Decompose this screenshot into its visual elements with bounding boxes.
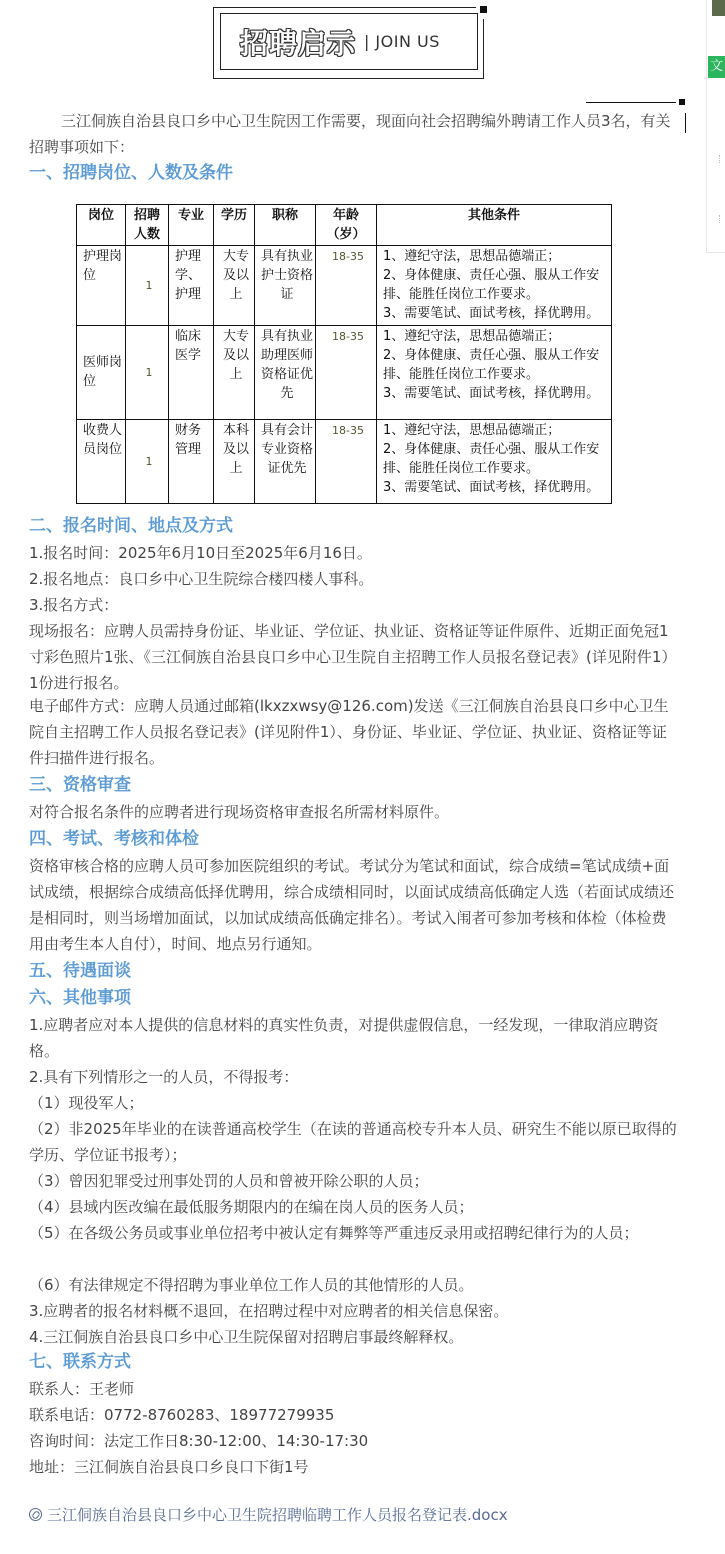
contact-phone: 联系电话：0772-8760283、18977279935 bbox=[29, 1402, 677, 1428]
header-post: 岗位 bbox=[77, 205, 126, 246]
cell-count: 1 bbox=[126, 246, 169, 326]
cell-post: 医师岗位 bbox=[77, 326, 126, 420]
cell-major: 护理学、护理 bbox=[169, 246, 214, 326]
consult-hours: 咨询时间：法定工作日8:30-12:00、14:30-17:30 bbox=[29, 1428, 677, 1454]
contact-address: 地址：三江侗族自治县良口乡良口下街1号 bbox=[29, 1454, 677, 1480]
condition-line: 3、需要笔试、面试考核，择优聘用。 bbox=[383, 304, 609, 323]
banner-subtitle: JOIN US bbox=[375, 32, 439, 51]
table-row: 医师岗位 1 临床医学 大专及以上 具有执业助理医师资格证优先 18-35 1、… bbox=[77, 326, 612, 420]
restriction-1: （1）现役军人； bbox=[29, 1090, 677, 1116]
section-title-4: 四、考试、考核和体检 bbox=[29, 827, 199, 851]
cell-post: 收费人员岗位 bbox=[77, 420, 126, 504]
cell-title: 具有执业护士资格证 bbox=[255, 246, 316, 326]
restriction-6: （6）有法律规定不得招聘为事业单位工作人员的其他情形的人员。 bbox=[29, 1272, 677, 1298]
cell-education: 大专及以上 bbox=[214, 326, 255, 420]
section-title-3: 三、资格审查 bbox=[29, 773, 131, 797]
header-major: 专业 bbox=[169, 205, 214, 246]
attachment-label[interactable]: 三江侗族自治县良口乡中心卫生院招聘临聘工作人员报名登记表.docx bbox=[47, 1506, 508, 1524]
other-item-1: 1.应聘者应对本人提供的信息材料的真实性负责，对提供虚假信息，一经发现，一律取消… bbox=[29, 1012, 677, 1064]
condition-line: 2、身体健康、责任心强、服从工作安排、能胜任岗位工作要求。 bbox=[383, 440, 609, 478]
header-count: 招聘人数 bbox=[126, 205, 169, 246]
cell-post: 护理岗位 bbox=[77, 246, 126, 326]
header-title: 职称 bbox=[255, 205, 316, 246]
cell-conditions: 1、遵纪守法，思想品德端正； 2、身体健康、责任心强、服从工作安排、能胜任岗位工… bbox=[377, 420, 612, 504]
cell-major: 财务管理 bbox=[169, 420, 214, 504]
decor-square bbox=[679, 99, 685, 105]
link-icon bbox=[29, 1508, 42, 1521]
cell-conditions: 1、遵纪守法，思想品德端正； 2、身体健康、责任心强、服从工作安排、能胜任岗位工… bbox=[377, 326, 612, 420]
cell-conditions: 1、遵纪守法，思想品德端正； 2、身体健康、责任心强、服从工作安排、能胜任岗位工… bbox=[377, 246, 612, 326]
side-panel: 文 bbox=[706, 0, 725, 253]
cell-education: 本科及以上 bbox=[214, 420, 255, 504]
side-tab-text[interactable]: 文 bbox=[708, 56, 725, 78]
condition-line: 1、遵纪守法，思想品德端正； bbox=[383, 247, 609, 266]
header-education: 学历 bbox=[214, 205, 255, 246]
cell-major: 临床医学 bbox=[169, 326, 214, 420]
condition-line: 3、需要笔试、面试考核，择优聘用。 bbox=[383, 384, 609, 403]
restriction-4: （4）县域内医改编在最低服务期限内的在编在岗人员的医务人员； bbox=[29, 1194, 677, 1220]
banner-separator: | bbox=[364, 32, 369, 51]
side-thumbnail[interactable] bbox=[712, 0, 725, 16]
restriction-2: （2）非2025年毕业的在读普通高校学生（在读的普通高校专升本人员、研究生不能以… bbox=[29, 1116, 677, 1168]
table-header-row: 岗位 招聘人数 专业 学历 职称 年龄（岁） 其他条件 bbox=[77, 205, 612, 246]
banner-corner-square bbox=[480, 6, 487, 13]
condition-line: 1、遵纪守法，思想品德端正； bbox=[383, 421, 609, 440]
condition-line: 3、需要笔试、面试考核，择优聘用。 bbox=[383, 478, 609, 497]
section-title-7: 七、联系方式 bbox=[29, 1350, 131, 1374]
cell-age: 18-35 bbox=[316, 420, 377, 504]
table-row: 收费人员岗位 1 财务管理 本科及以上 具有会计专业资格证优先 18-35 1、… bbox=[77, 420, 612, 504]
exam-text: 资格审核合格的应聘人员可参加医院组织的考试。考试分为笔试和面试，综合成绩=笔试成… bbox=[29, 853, 677, 957]
registration-place: 2.报名地点：良口乡中心卫生院综合楼四楼人事科。 bbox=[29, 566, 677, 592]
section-title-5: 五、待遇面谈 bbox=[29, 959, 131, 983]
cell-title: 具有执业助理医师资格证优先 bbox=[255, 326, 316, 420]
condition-line: 1、遵纪守法，思想品德端正； bbox=[383, 327, 609, 346]
article-page: 招聘启示 | JOIN US 三江侗族自治县良口乡中心卫生院因工作需要，现面向社… bbox=[0, 0, 700, 1554]
registration-time: 1.报名时间：2025年6月10日至2025年6月16日。 bbox=[29, 540, 677, 566]
banner: 招聘启示 | JOIN US bbox=[220, 13, 478, 70]
other-item-4: 4.三江侗族自治县良口乡中心卫生院保留对招聘启事最终解释权。 bbox=[29, 1324, 677, 1350]
cell-age: 18-35 bbox=[316, 326, 377, 420]
section-title-6: 六、其他事项 bbox=[29, 986, 131, 1010]
registration-method: 3.报名方式： bbox=[29, 592, 677, 618]
section-title-1: 一、招聘岗位、人数及条件 bbox=[29, 161, 233, 185]
attachment-link[interactable]: 三江侗族自治县良口乡中心卫生院招聘临聘工作人员报名登记表.docx bbox=[29, 1504, 508, 1526]
section-title-2: 二、报名时间、地点及方式 bbox=[29, 514, 233, 538]
cell-age: 18-35 bbox=[316, 246, 377, 326]
restriction-5: （5）在各级公务员或事业单位招考中被认定有舞弊等严重违反录用或招聘纪律行为的人员… bbox=[29, 1220, 677, 1246]
condition-line: 2、身体健康、责任心强、服从工作安排、能胜任岗位工作要求。 bbox=[383, 266, 609, 304]
restriction-3: （3）曾因犯罪受过刑事处罚的人员和曾被开除公职的人员； bbox=[29, 1168, 677, 1194]
email-registration: 电子邮件方式：应聘人员通过邮箱(lkxzxwsy@126.com)发送《三江侗族… bbox=[29, 693, 677, 771]
header-other: 其他条件 bbox=[377, 205, 612, 246]
other-item-2: 2.具有下列情形之一的人员，不得报考： bbox=[29, 1064, 677, 1090]
contact-person: 联系人：王老师 bbox=[29, 1376, 677, 1402]
side-mark bbox=[719, 155, 724, 163]
intro-paragraph: 三江侗族自治县良口乡中心卫生院因工作需要，现面向社会招聘编外聘请工作人员3名，有… bbox=[29, 108, 677, 160]
table-row: 护理岗位 1 护理学、护理 大专及以上 具有执业护士资格证 18-35 1、遵纪… bbox=[77, 246, 612, 326]
banner-title: 招聘启示 bbox=[240, 22, 356, 62]
qualification-review-text: 对符合报名条件的应聘者进行现场资格审查报名所需材料原件。 bbox=[29, 799, 677, 825]
onsite-registration: 现场报名：应聘人员需持身份证、毕业证、学位证、执业证、资格证等证件原件、近期正面… bbox=[29, 618, 677, 696]
job-table: 岗位 招聘人数 专业 学历 职称 年龄（岁） 其他条件 护理岗位 1 护理学、护… bbox=[76, 204, 612, 504]
header-age: 年龄（岁） bbox=[316, 205, 377, 246]
cell-title: 具有会计专业资格证优先 bbox=[255, 420, 316, 504]
decor-vline bbox=[685, 113, 686, 133]
cell-count: 1 bbox=[126, 326, 169, 420]
cell-education: 大专及以上 bbox=[214, 246, 255, 326]
decor-line bbox=[586, 102, 676, 103]
side-mark bbox=[719, 215, 724, 223]
cell-count: 1 bbox=[126, 420, 169, 504]
other-item-3: 3.应聘者的报名材料概不退回，在招聘过程中对应聘者的相关信息保密。 bbox=[29, 1298, 677, 1324]
condition-line: 2、身体健康、责任心强、服从工作安排、能胜任岗位工作要求。 bbox=[383, 346, 609, 384]
